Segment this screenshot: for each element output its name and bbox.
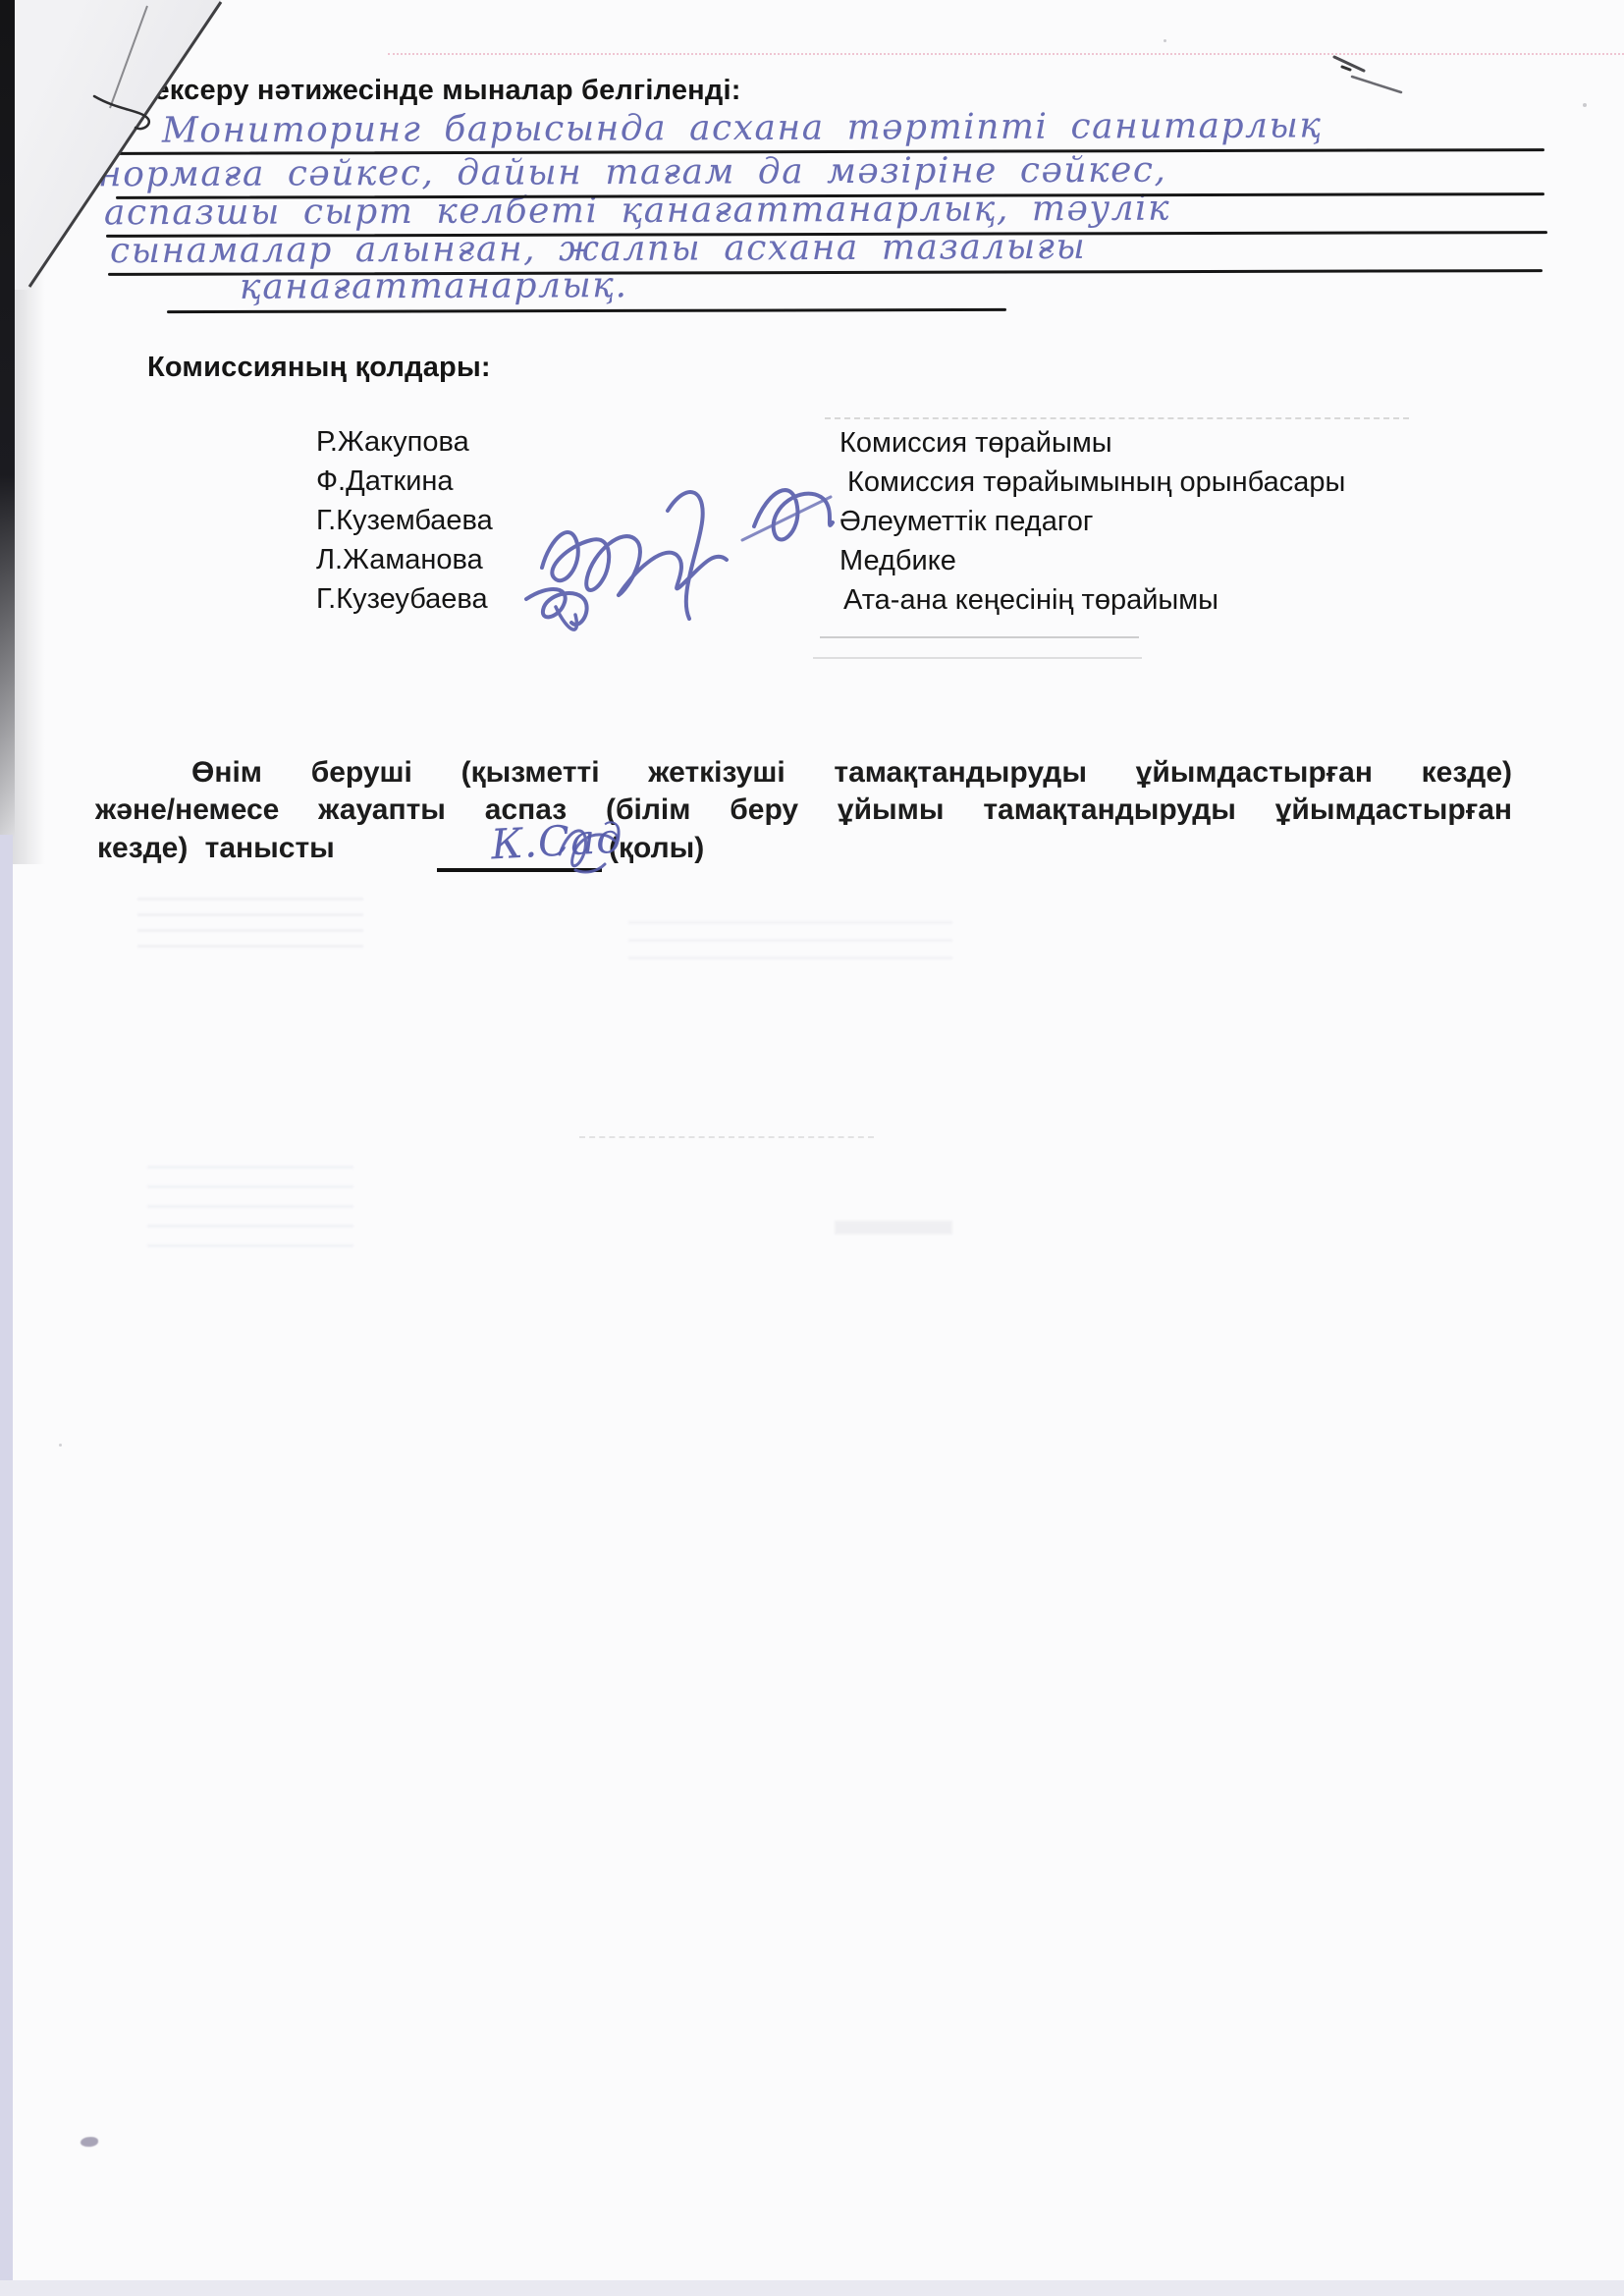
commission-heading: Комиссияның қолдары:	[147, 352, 491, 384]
bleed-through-line	[388, 53, 1624, 55]
scan-artifact	[835, 1221, 952, 1234]
scan-artifact	[147, 1159, 353, 1247]
scanner-edge-strip	[0, 0, 15, 864]
scan-artifact	[579, 1136, 874, 1138]
member-role: Әлеуметтік педагог	[839, 502, 1345, 541]
scanner-edge-strip	[0, 835, 13, 2296]
commission-names-column: Р.Жакупова Ф.Даткина Г.Кузембаева Л.Жама…	[316, 422, 493, 619]
member-name: Л.Жаманова	[316, 540, 493, 579]
scan-artifact	[1583, 103, 1587, 107]
answer-rule-line	[167, 308, 1006, 313]
member-name: Г.Кузембаева	[316, 501, 493, 540]
scanner-edge-strip	[0, 2280, 1624, 2296]
cook-signature-ink	[546, 815, 624, 878]
member-name: Ф.Даткина	[316, 462, 493, 501]
handwritten-findings-line: Мониторинг барысында асхана тәртіпті сан…	[162, 105, 1323, 150]
member-role: Комиссия төрайымының орынбасары	[847, 463, 1345, 502]
member-name: Г.Кузеубаева	[316, 579, 493, 619]
member-role: Ата-ана кеңесінің төрайымы	[843, 580, 1345, 620]
acknowledgement-line-3-prefix: кезде) танысты	[97, 832, 335, 865]
scan-artifact	[820, 636, 1139, 638]
commission-roles-column: Комиссия төрайымы Комиссия төрайымының о…	[839, 423, 1345, 620]
scan-artifact	[813, 657, 1142, 659]
scanned-document-page: Тексеру нәтижесінде мыналар белгіленді: …	[0, 0, 1624, 2296]
commission-signature-ink	[520, 450, 835, 641]
member-name: Р.Жакупова	[316, 422, 493, 462]
pen-mark-icon	[1330, 47, 1419, 101]
ink-blot	[81, 2137, 98, 2147]
scan-artifact	[1164, 39, 1166, 42]
acknowledgement-line-1: Өнім беруші (қызметті жеткізуші тамақтан…	[191, 756, 1512, 790]
scan-artifact	[59, 1444, 62, 1447]
fold-crease-lines	[0, 0, 255, 334]
scan-artifact	[137, 889, 363, 948]
scan-artifact	[825, 417, 1409, 419]
member-role: Медбике	[839, 541, 1345, 580]
member-role: Комиссия төрайымы	[839, 423, 1345, 463]
acknowledgement-line-2: және/немесе жауапты аспаз (білім беру ұй…	[95, 793, 1512, 827]
scan-artifact	[628, 918, 952, 959]
